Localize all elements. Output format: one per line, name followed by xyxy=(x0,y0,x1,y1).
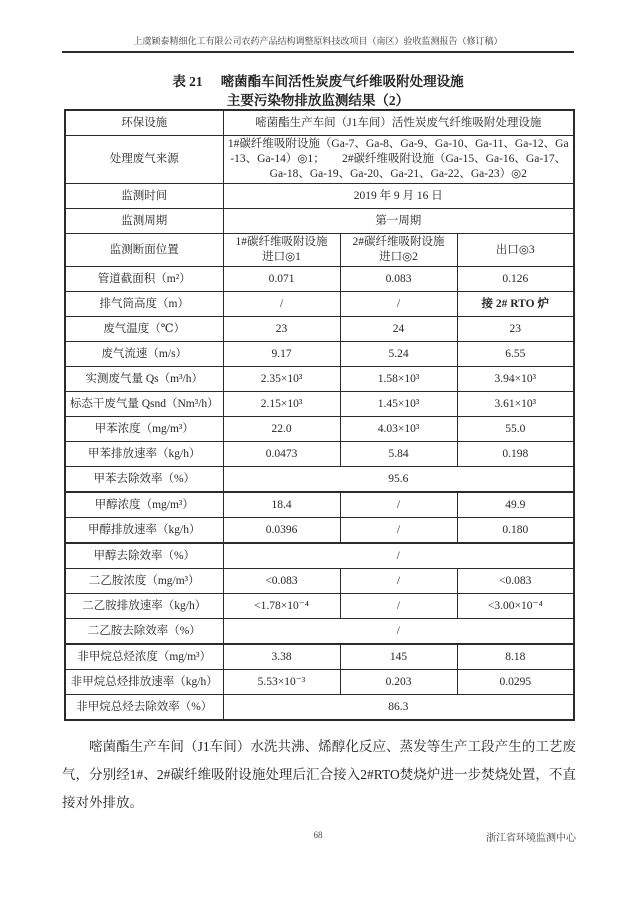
value-cell: 1.58×10³ xyxy=(340,367,457,392)
value-cell: 1.45×10³ xyxy=(340,392,457,417)
running-header-text: 上虞颖泰精细化工有限公司农药产品结构调整原料技改项目（南区）验收监测报告（修订稿… xyxy=(133,36,502,46)
table-title: 表 21嘧菌酯车间活性炭废气纤维吸附处理设施 主要污染物排放监测结果（2） xyxy=(0,72,636,110)
value-cell: 18.4 xyxy=(223,492,340,518)
row-value: 嘧菌酯生产车间（J1车间）活性炭废气纤维吸附处理设施 xyxy=(223,110,574,136)
table-row: 非甲烷总烃去除效率（%）86.3 xyxy=(65,695,574,721)
row-label: 二乙胺浓度（mg/m³） xyxy=(65,569,223,594)
monitoring-table: 环保设施嘧菌酯生产车间（J1车间）活性炭废气纤维吸附处理设施处理废气来源1#碳纤… xyxy=(64,109,575,721)
value-cell: / xyxy=(223,292,340,317)
table-row: 二乙胺浓度（mg/m³）<0.083/<0.083 xyxy=(65,569,574,594)
value-cell: 0.083 xyxy=(340,267,457,292)
value-cell: 3.38 xyxy=(223,644,340,670)
table-row: 管道截面积（m²）0.0710.0830.126 xyxy=(65,267,574,292)
table-title-line2: 主要污染物排放监测结果（2） xyxy=(227,93,409,108)
table-row: 监测时间2019 年 9 月 16 日 xyxy=(65,184,574,209)
value-cell: 23 xyxy=(223,317,340,342)
table-row: 甲苯排放速率（kg/h）0.04735.840.198 xyxy=(65,442,574,467)
value-cell: 3.94×10³ xyxy=(457,367,574,392)
table-row: 排气筒高度（m）//接 2# RTO 炉 xyxy=(65,292,574,317)
table-row: 标态干废气量 Qsnd（Nm³/h）2.15×10³1.45×10³3.61×1… xyxy=(65,392,574,417)
document-page: 上虞颖泰精细化工有限公司农药产品结构调整原料技改项目（南区）验收监测报告（修订稿… xyxy=(0,0,636,900)
row-label: 非甲烷总烃浓度（mg/m³） xyxy=(65,644,223,670)
position-cell: 出口◎3 xyxy=(457,234,574,267)
table-row: 甲苯浓度（mg/m³）22.04.03×10³55.0 xyxy=(65,417,574,442)
table-row: 废气流速（m/s）9.175.246.55 xyxy=(65,342,574,367)
row-label: 二乙胺去除效率（%） xyxy=(65,619,223,645)
value-cell: / xyxy=(340,518,457,544)
value-cell: 接 2# RTO 炉 xyxy=(457,292,574,317)
value-cell: / xyxy=(340,492,457,518)
value-cell: 6.55 xyxy=(457,342,574,367)
table-row: 二乙胺去除效率（%）/ xyxy=(65,619,574,645)
row-label: 排气筒高度（m） xyxy=(65,292,223,317)
value-cell: 5.53×10⁻³ xyxy=(223,670,340,695)
row-label: 非甲烷总烃排放速率（kg/h） xyxy=(65,670,223,695)
value-cell: 5.24 xyxy=(340,342,457,367)
row-label: 废气流速（m/s） xyxy=(65,342,223,367)
value-cell: 3.61×10³ xyxy=(457,392,574,417)
row-value: 2019 年 9 月 16 日 xyxy=(223,184,574,209)
row-label: 处理废气来源 xyxy=(65,136,223,184)
table-row: 监测周期第一周期 xyxy=(65,209,574,234)
table-row: 甲醇浓度（mg/m³）18.4/49.9 xyxy=(65,492,574,518)
row-label: 管道截面积（m²） xyxy=(65,267,223,292)
table-row: 监测断面位置1#碳纤维吸附设施进口◎12#碳纤维吸附设施进口◎2出口◎3 xyxy=(65,234,574,267)
table-row: 非甲烷总烃浓度（mg/m³）3.381458.18 xyxy=(65,644,574,670)
value-cell: 4.03×10³ xyxy=(340,417,457,442)
row-label: 甲醇浓度（mg/m³） xyxy=(65,492,223,518)
table-row: 非甲烷总烃排放速率（kg/h）5.53×10⁻³0.2030.0295 xyxy=(65,670,574,695)
table-row: 废气温度（℃）232423 xyxy=(65,317,574,342)
row-label: 标态干废气量 Qsnd（Nm³/h） xyxy=(65,392,223,417)
value-cell: 0.071 xyxy=(223,267,340,292)
value-cell: 0.198 xyxy=(457,442,574,467)
value-cell: 0.203 xyxy=(340,670,457,695)
table-row: 二乙胺排放速率（kg/h）<1.78×10⁻⁴/<3.00×10⁻⁴ xyxy=(65,594,574,619)
value-cell: / xyxy=(340,292,457,317)
row-label: 环保设施 xyxy=(65,110,223,136)
table-row: 环保设施嘧菌酯生产车间（J1车间）活性炭废气纤维吸附处理设施 xyxy=(65,110,574,136)
value-cell: 0.180 xyxy=(457,518,574,544)
table-number: 表 21 xyxy=(172,74,202,89)
value-cell: <3.00×10⁻⁴ xyxy=(457,594,574,619)
merged-value-cell: 86.3 xyxy=(223,695,574,721)
value-cell: <0.083 xyxy=(457,569,574,594)
value-cell: 9.17 xyxy=(223,342,340,367)
row-label: 非甲烷总烃去除效率（%） xyxy=(65,695,223,721)
value-cell: 2.35×10³ xyxy=(223,367,340,392)
row-value: 第一周期 xyxy=(223,209,574,234)
value-cell: <0.083 xyxy=(223,569,340,594)
value-cell: / xyxy=(340,594,457,619)
value-cell: 0.0295 xyxy=(457,670,574,695)
value-cell: 0.0473 xyxy=(223,442,340,467)
value-cell: 5.84 xyxy=(340,442,457,467)
running-header: 上虞颖泰精细化工有限公司农药产品结构调整原料技改项目（南区）验收监测报告（修订稿… xyxy=(62,34,574,53)
row-label: 废气温度（℃） xyxy=(65,317,223,342)
table-title-line1: 嘧菌酯车间活性炭废气纤维吸附处理设施 xyxy=(221,74,464,89)
merged-value-cell: / xyxy=(223,619,574,645)
body-paragraph: 嘧菌酯生产车间（J1车间）水洗共沸、烯醇化反应、蒸发等生产工段产生的工艺废气，分… xyxy=(62,733,576,817)
table-row: 甲苯去除效率（%）95.6 xyxy=(65,467,574,493)
row-value: 1#碳纤维吸附设施（Ga-7、Ga-8、Ga-9、Ga-10、Ga-11、Ga-… xyxy=(223,136,574,184)
value-cell: / xyxy=(340,569,457,594)
value-cell: 49.9 xyxy=(457,492,574,518)
table-row: 甲醇去除效率（%）/ xyxy=(65,543,574,569)
row-label: 甲苯浓度（mg/m³） xyxy=(65,417,223,442)
value-cell: 2.15×10³ xyxy=(223,392,340,417)
row-label: 监测周期 xyxy=(65,209,223,234)
value-cell: 0.126 xyxy=(457,267,574,292)
value-cell: 23 xyxy=(457,317,574,342)
table-row: 实测废气量 Qs（m³/h）2.35×10³1.58×10³3.94×10³ xyxy=(65,367,574,392)
value-cell: 0.0396 xyxy=(223,518,340,544)
value-cell: 145 xyxy=(340,644,457,670)
row-label: 实测废气量 Qs（m³/h） xyxy=(65,367,223,392)
table-row: 处理废气来源1#碳纤维吸附设施（Ga-7、Ga-8、Ga-9、Ga-10、Ga-… xyxy=(65,136,574,184)
monitoring-table-body: 环保设施嘧菌酯生产车间（J1车间）活性炭废气纤维吸附处理设施处理废气来源1#碳纤… xyxy=(65,110,574,720)
row-label: 监测时间 xyxy=(65,184,223,209)
position-cell: 1#碳纤维吸附设施进口◎1 xyxy=(223,234,340,267)
row-label: 甲醇去除效率（%） xyxy=(65,543,223,569)
table-row: 甲醇排放速率（kg/h）0.0396/0.180 xyxy=(65,518,574,544)
row-label: 甲醇排放速率（kg/h） xyxy=(65,518,223,544)
row-label: 甲苯排放速率（kg/h） xyxy=(65,442,223,467)
value-cell: 22.0 xyxy=(223,417,340,442)
row-label: 二乙胺排放速率（kg/h） xyxy=(65,594,223,619)
row-label: 监测断面位置 xyxy=(65,234,223,267)
value-cell: <1.78×10⁻⁴ xyxy=(223,594,340,619)
value-cell: 24 xyxy=(340,317,457,342)
value-cell: 8.18 xyxy=(457,644,574,670)
value-cell: 55.0 xyxy=(457,417,574,442)
footer-organization: 浙江省环境监测中心 xyxy=(486,829,576,844)
row-label: 甲苯去除效率（%） xyxy=(65,467,223,493)
merged-value-cell: 95.6 xyxy=(223,467,574,493)
position-cell: 2#碳纤维吸附设施进口◎2 xyxy=(340,234,457,267)
merged-value-cell: / xyxy=(223,543,574,569)
